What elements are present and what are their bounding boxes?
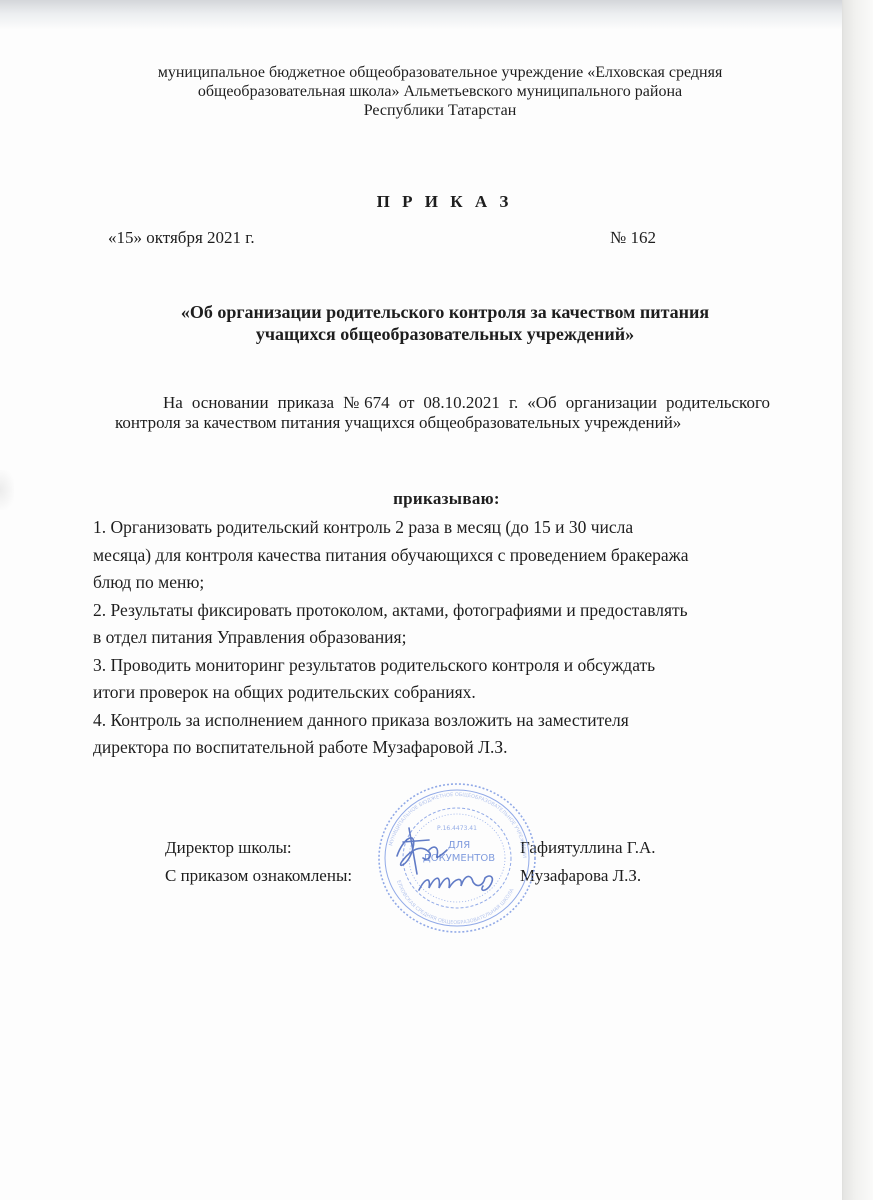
order-item-4-line-2: директора по воспитательной работе Музаф… (93, 734, 793, 762)
order-item-2: 2. Результаты фиксировать протоколом, ак… (93, 597, 793, 652)
order-item-3: 3. Проводить мониторинг результатов роди… (93, 652, 793, 707)
signature-role: С приказом ознакомлены: (165, 866, 352, 886)
order-item-1-line-2: месяца) для контроля качества питания об… (93, 542, 793, 570)
scan-top-shadow (0, 0, 873, 30)
signature-row-acknowledged: С приказом ознакомлены: Музафарова Л.З. (165, 866, 705, 894)
order-title-line-1: «Об организации родительского контроля з… (130, 301, 760, 323)
signature-role: Директор школы: (165, 838, 292, 858)
document-type-heading: П Р И К А З (0, 192, 873, 212)
organization-header: муниципальное бюджетное общеобразователь… (100, 63, 780, 120)
order-item-2-line-1: 2. Результаты фиксировать протоколом, ак… (93, 597, 793, 625)
signature-name: Гафиятуллина Г.А. (520, 838, 656, 858)
svg-text:Р.16.4473.41: Р.16.4473.41 (437, 825, 477, 832)
order-title: «Об организации родительского контроля з… (130, 301, 760, 345)
signature-name: Музафарова Л.З. (520, 866, 641, 886)
org-header-line-1: муниципальное бюджетное общеобразователь… (100, 63, 780, 82)
order-item-3-line-1: 3. Проводить мониторинг результатов роди… (93, 652, 793, 680)
signatures-block: Директор школы: Гафиятуллина Г.А. С прик… (165, 838, 705, 894)
resolve-word: приказываю: (0, 489, 873, 509)
basis-paragraph: На основании приказа №674 от 08.10.2021 … (115, 393, 770, 433)
org-header-line-2: общеобразовательная школа» Альметьевског… (100, 82, 780, 101)
order-items-list: 1. Организовать родительский контроль 2 … (93, 514, 793, 762)
order-item-3-line-2: итоги проверок на общих родительских соб… (93, 679, 793, 707)
order-item-1-line-3: блюд по меню; (93, 569, 793, 597)
order-item-1-line-1: 1. Организовать родительский контроль 2 … (93, 514, 793, 542)
order-item-4-line-1: 4. Контроль за исполнением данного прика… (93, 707, 793, 735)
signature-row-director: Директор школы: Гафиятуллина Г.А. (165, 838, 705, 866)
order-item-4: 4. Контроль за исполнением данного прика… (93, 707, 793, 762)
order-item-1: 1. Организовать родительский контроль 2 … (93, 514, 793, 597)
order-date: «15» октября 2021 г. (108, 228, 255, 248)
order-number: № 162 (610, 228, 656, 248)
org-header-line-3: Республики Татарстан (100, 101, 780, 120)
order-item-2-line-2: в отдел питания Управления образования; (93, 624, 793, 652)
order-title-line-2: учащихся общеобразовательных учреждений» (130, 323, 760, 345)
scan-right-edge (842, 0, 873, 1200)
